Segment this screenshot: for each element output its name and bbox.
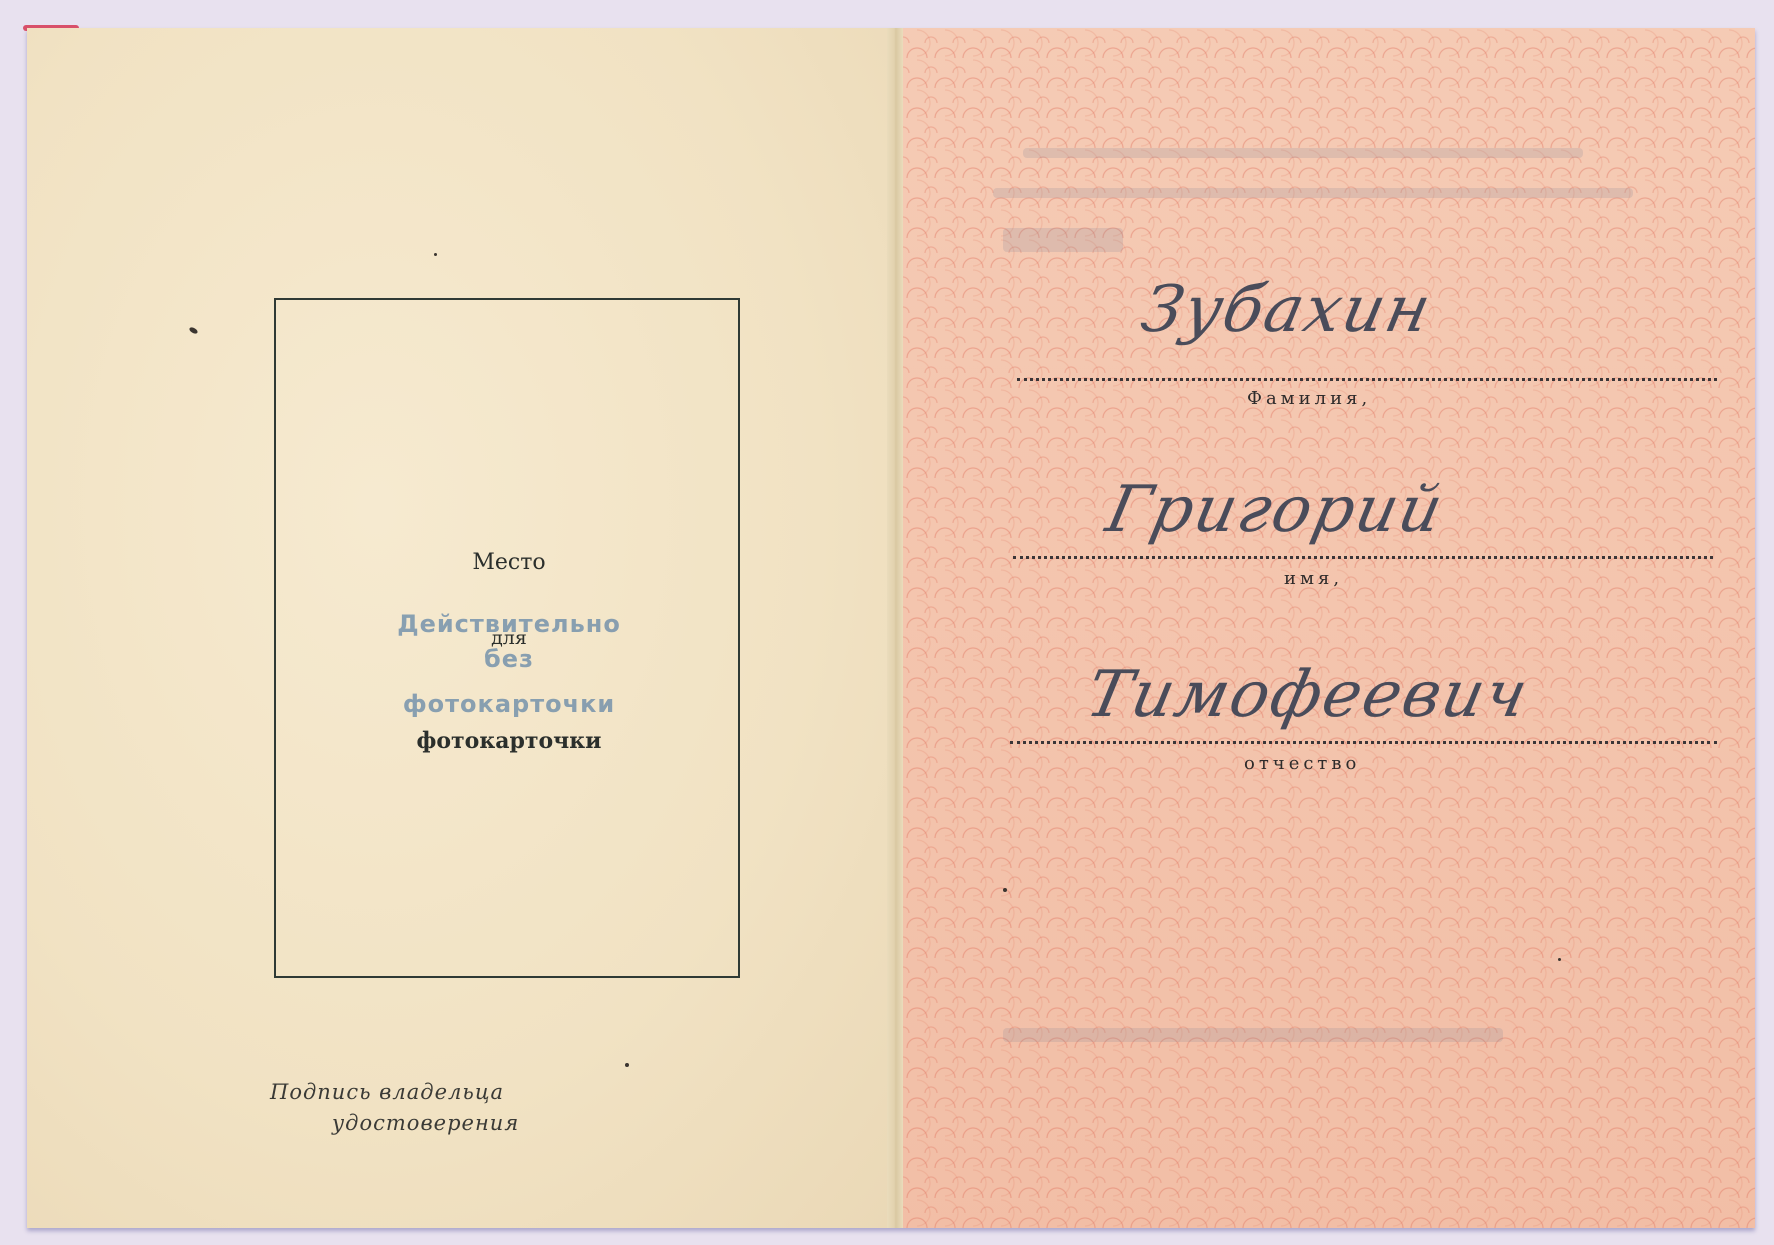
patronymic-label: отчество	[1244, 753, 1360, 774]
ink-fleck	[434, 253, 437, 256]
surname-handwritten: Зубахин	[1135, 273, 1438, 347]
faded-print-line	[1003, 228, 1123, 252]
right-page: Зубахин Фамилия, Григорий имя, Тимофееви…	[903, 28, 1755, 1228]
surname-line	[1017, 378, 1717, 381]
certificate-booklet: Место Действительно для без фотокарточки…	[27, 28, 1755, 1228]
left-page: Место Действительно для без фотокарточки…	[27, 28, 900, 1228]
ink-fleck	[1558, 958, 1561, 961]
owner-signature-label-2: удостоверения	[332, 1111, 519, 1135]
booklet-spine	[887, 28, 903, 1228]
first-name-label: имя,	[1284, 568, 1343, 589]
first-name-line	[1013, 556, 1713, 559]
validity-stamp-line3: фотокарточки	[276, 690, 742, 718]
faded-print-line	[993, 188, 1633, 198]
faded-print-line	[1023, 148, 1583, 158]
ink-fleck	[188, 326, 198, 335]
photo-placeholder-box: Место Действительно для без фотокарточки…	[274, 298, 740, 978]
ink-fleck	[625, 1063, 629, 1067]
first-name-handwritten: Григорий	[1100, 473, 1451, 547]
patronymic-line	[1010, 741, 1717, 744]
owner-signature-label: Подпись владельца	[270, 1080, 504, 1104]
photo-card-label: фотокарточки	[276, 728, 742, 754]
surname-label: Фамилия,	[1247, 388, 1371, 409]
photo-place-label: Место	[276, 550, 742, 575]
patronymic-handwritten: Тимофеевич	[1080, 658, 1535, 732]
ink-fleck	[1003, 888, 1007, 892]
faded-print-line	[1003, 1028, 1503, 1042]
validity-stamp-line2: без	[276, 645, 742, 673]
